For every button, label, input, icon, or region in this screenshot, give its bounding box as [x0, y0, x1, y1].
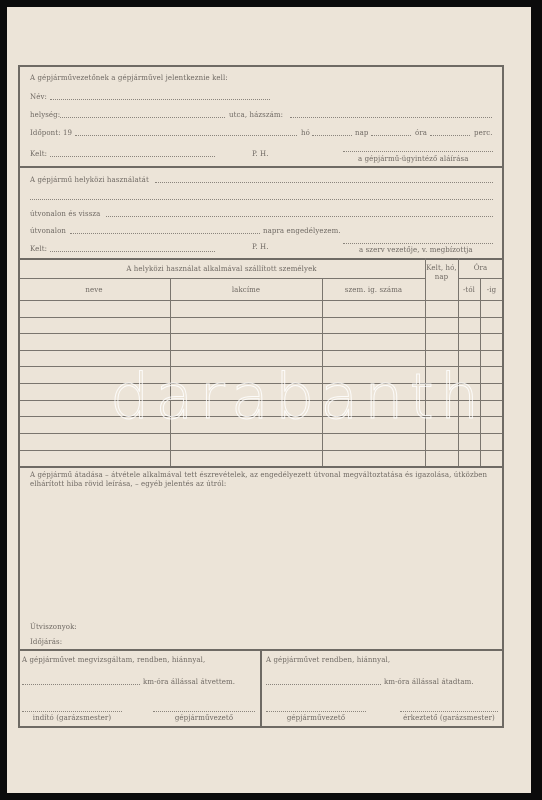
- watermark-text: darabanth: [110, 360, 485, 433]
